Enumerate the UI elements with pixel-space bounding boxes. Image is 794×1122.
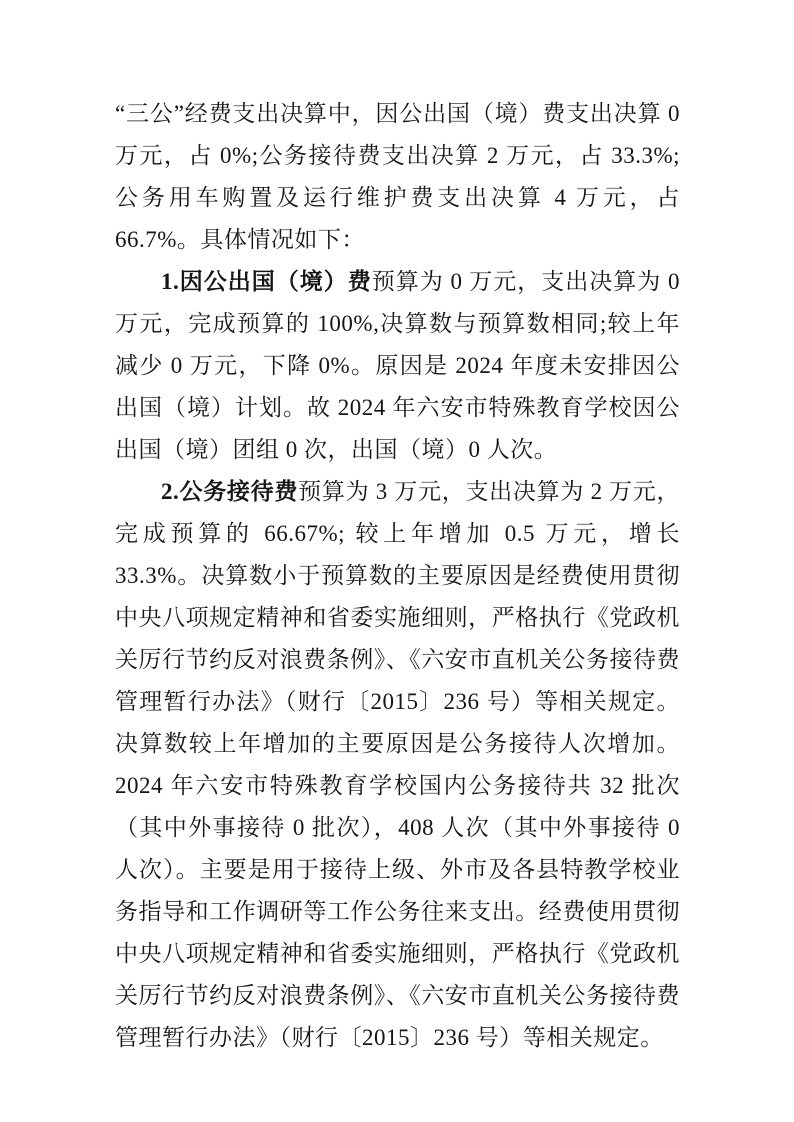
paragraph-three-public-expense-summary: “三公”经费支出决算中，因公出国（境）费支出决算 0 万元，占 0%;公务接待费… <box>115 93 680 261</box>
document-page: “三公”经费支出决算中，因公出国（境）费支出决算 0 万元，占 0%;公务接待费… <box>0 0 794 1122</box>
paragraph-item-2-official-reception: 2.公务接待费预算为 3 万元，支出决算为 2 万元，完成预算的 66.67%;… <box>115 471 680 1059</box>
summary-text-run: “三公”经费支出决算中，因公出国（境）费支出决算 0 万元，占 0%;公务接待费… <box>115 101 680 252</box>
item-1-body-run: 预算为 0 万元，支出决算为 0 万元，完成预算的 100%,决算数与预算数相同… <box>115 269 680 462</box>
item-2-heading-run: 2.公务接待费 <box>161 479 298 504</box>
item-2-body-run: 预算为 3 万元，支出决算为 2 万元，完成预算的 66.67%; 较上年增加 … <box>115 479 680 1050</box>
item-1-heading-run: 1.因公出国（境）费 <box>161 269 372 294</box>
paragraph-item-1-overseas-travel: 1.因公出国（境）费预算为 0 万元，支出决算为 0 万元，完成预算的 100%… <box>115 261 680 471</box>
document-text-body: “三公”经费支出决算中，因公出国（境）费支出决算 0 万元，占 0%;公务接待费… <box>115 93 680 1059</box>
